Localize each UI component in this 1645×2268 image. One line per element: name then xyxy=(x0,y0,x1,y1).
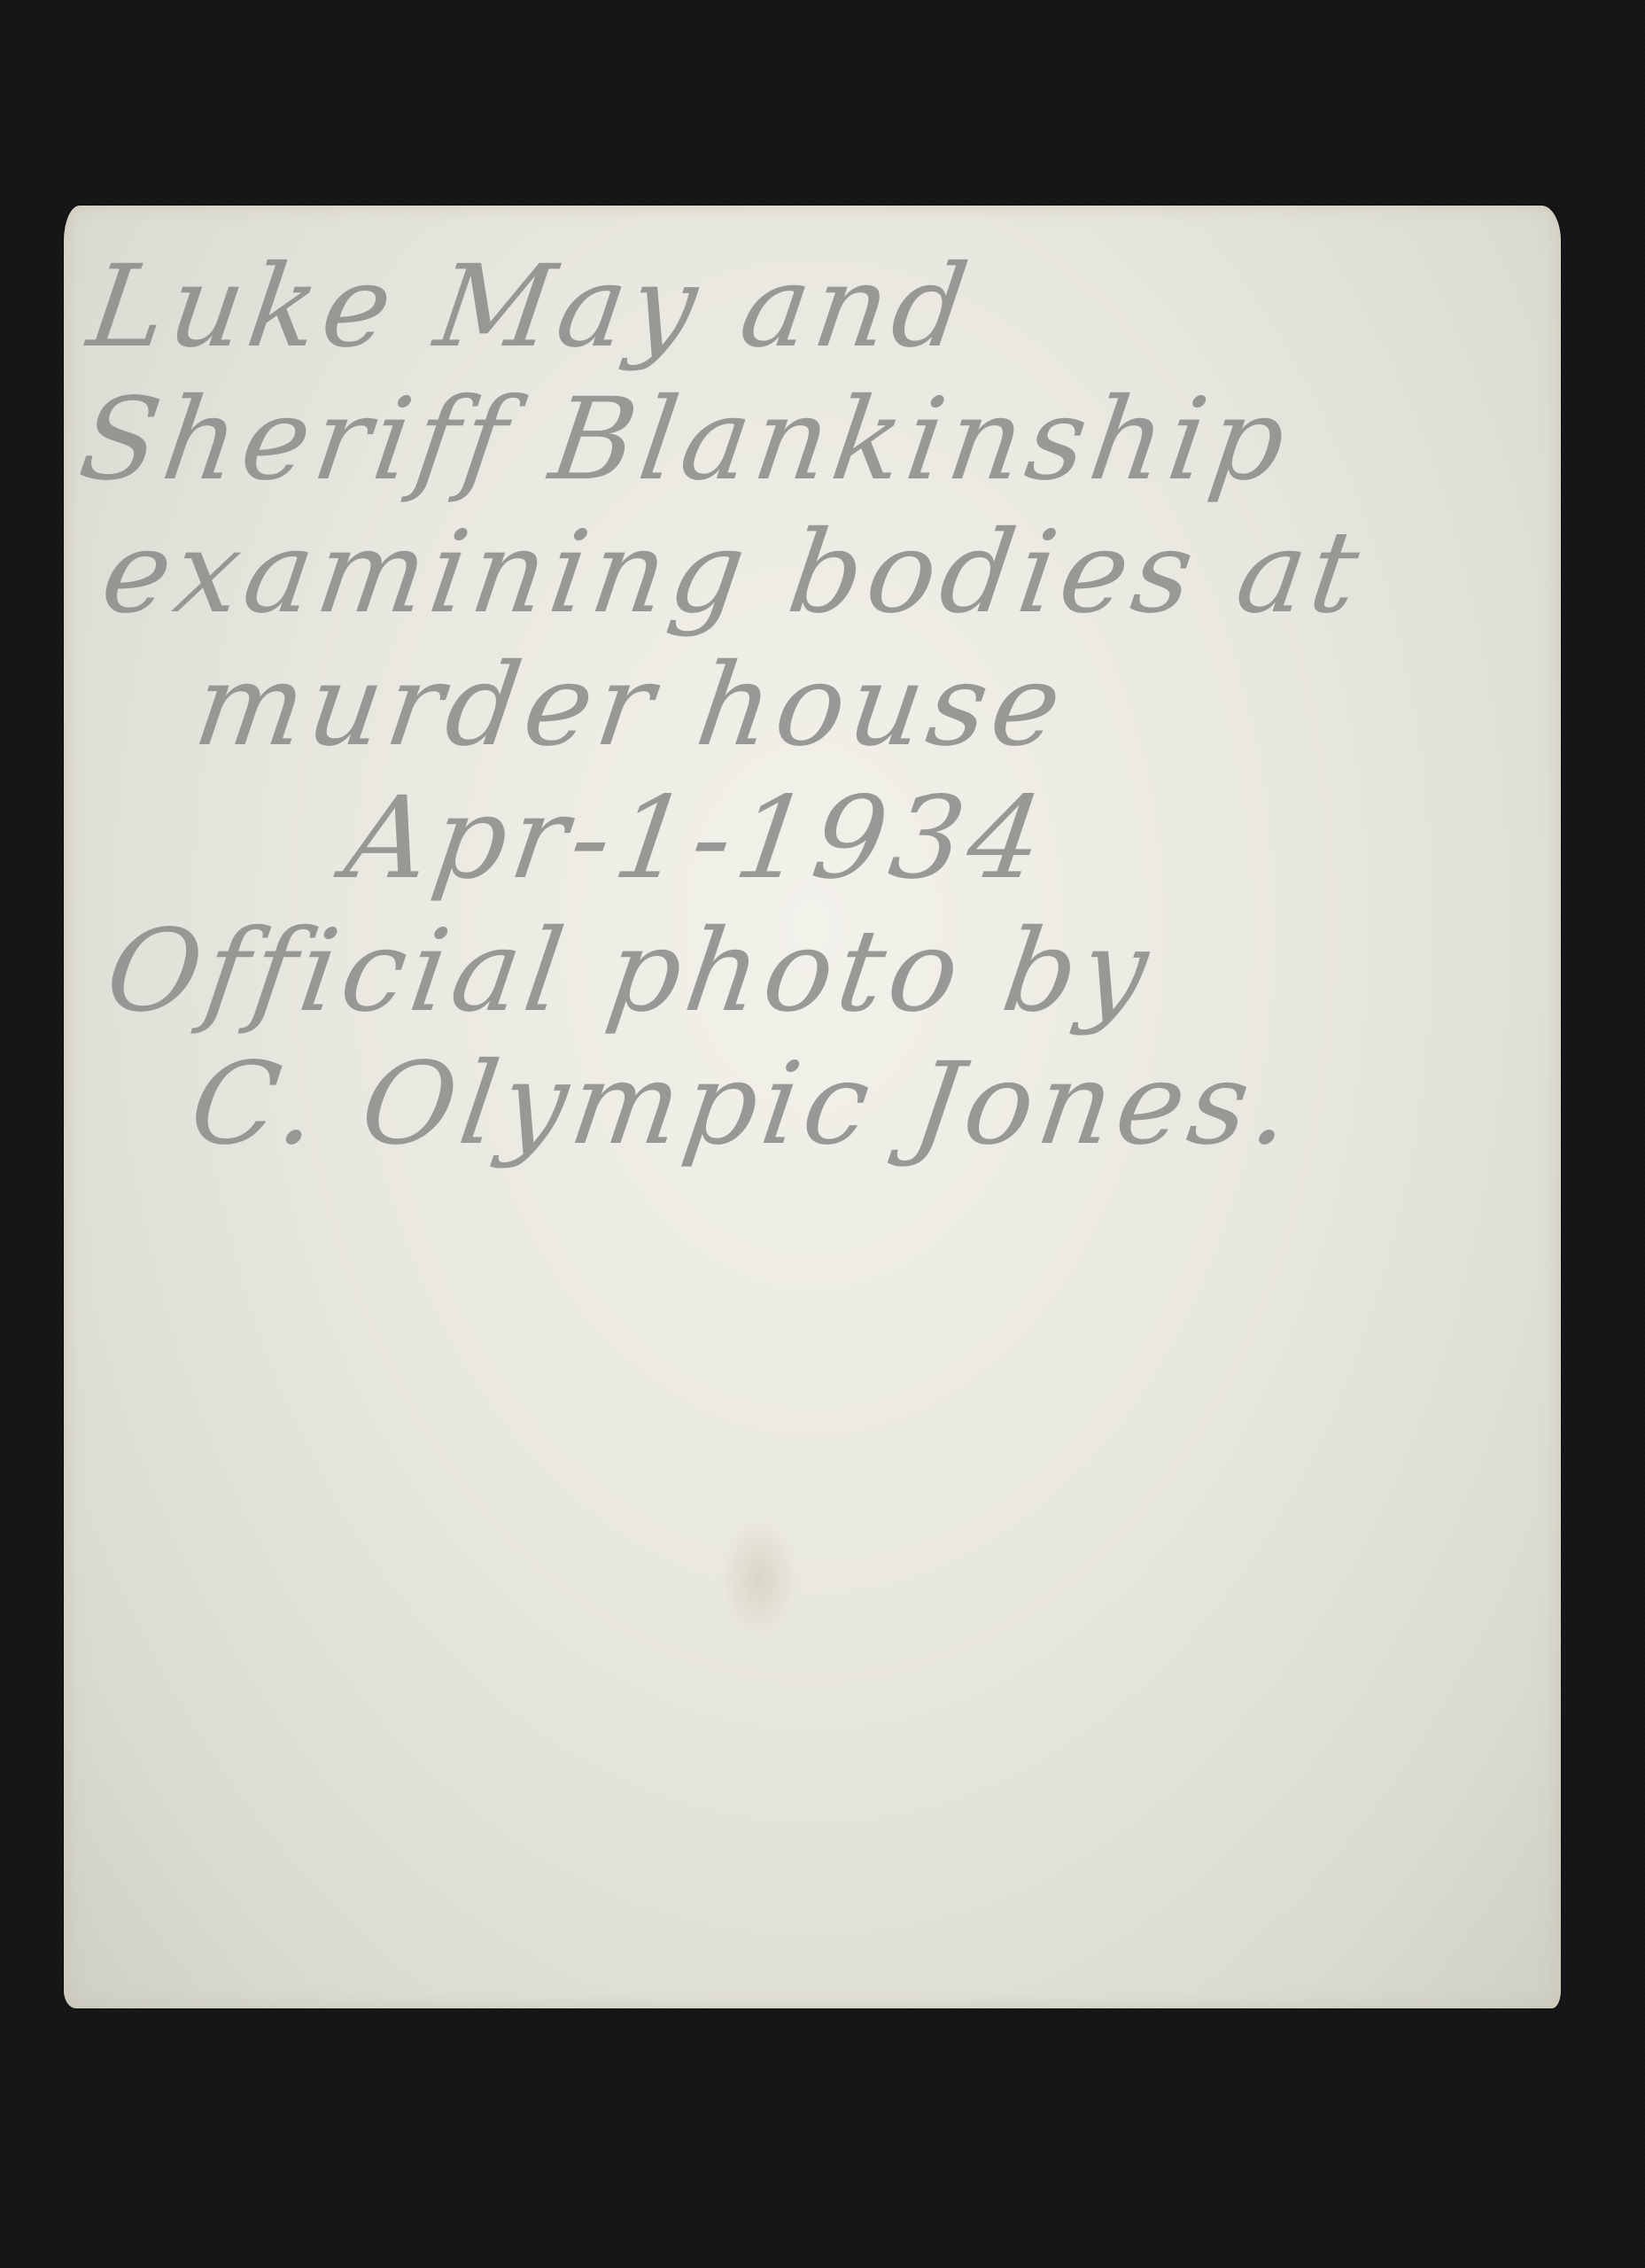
inscription-line: Sheriff Blankinship xyxy=(73,374,1299,506)
inscription-date: Apr-1-1934 xyxy=(338,773,1056,905)
photograph-back: Luke May and Sheriff Blankinship examini… xyxy=(64,206,1561,2008)
inscription-photographer: C. Olympic Jones. xyxy=(183,1038,1304,1170)
inscription-line: Luke May and xyxy=(81,241,981,373)
handwritten-inscription: Luke May and Sheriff Blankinship examini… xyxy=(64,206,1561,2008)
inscription-line: examining bodies at xyxy=(95,507,1372,639)
inscription-line: Official photo by xyxy=(99,905,1161,1037)
inscription-line: murder house xyxy=(188,640,1075,772)
